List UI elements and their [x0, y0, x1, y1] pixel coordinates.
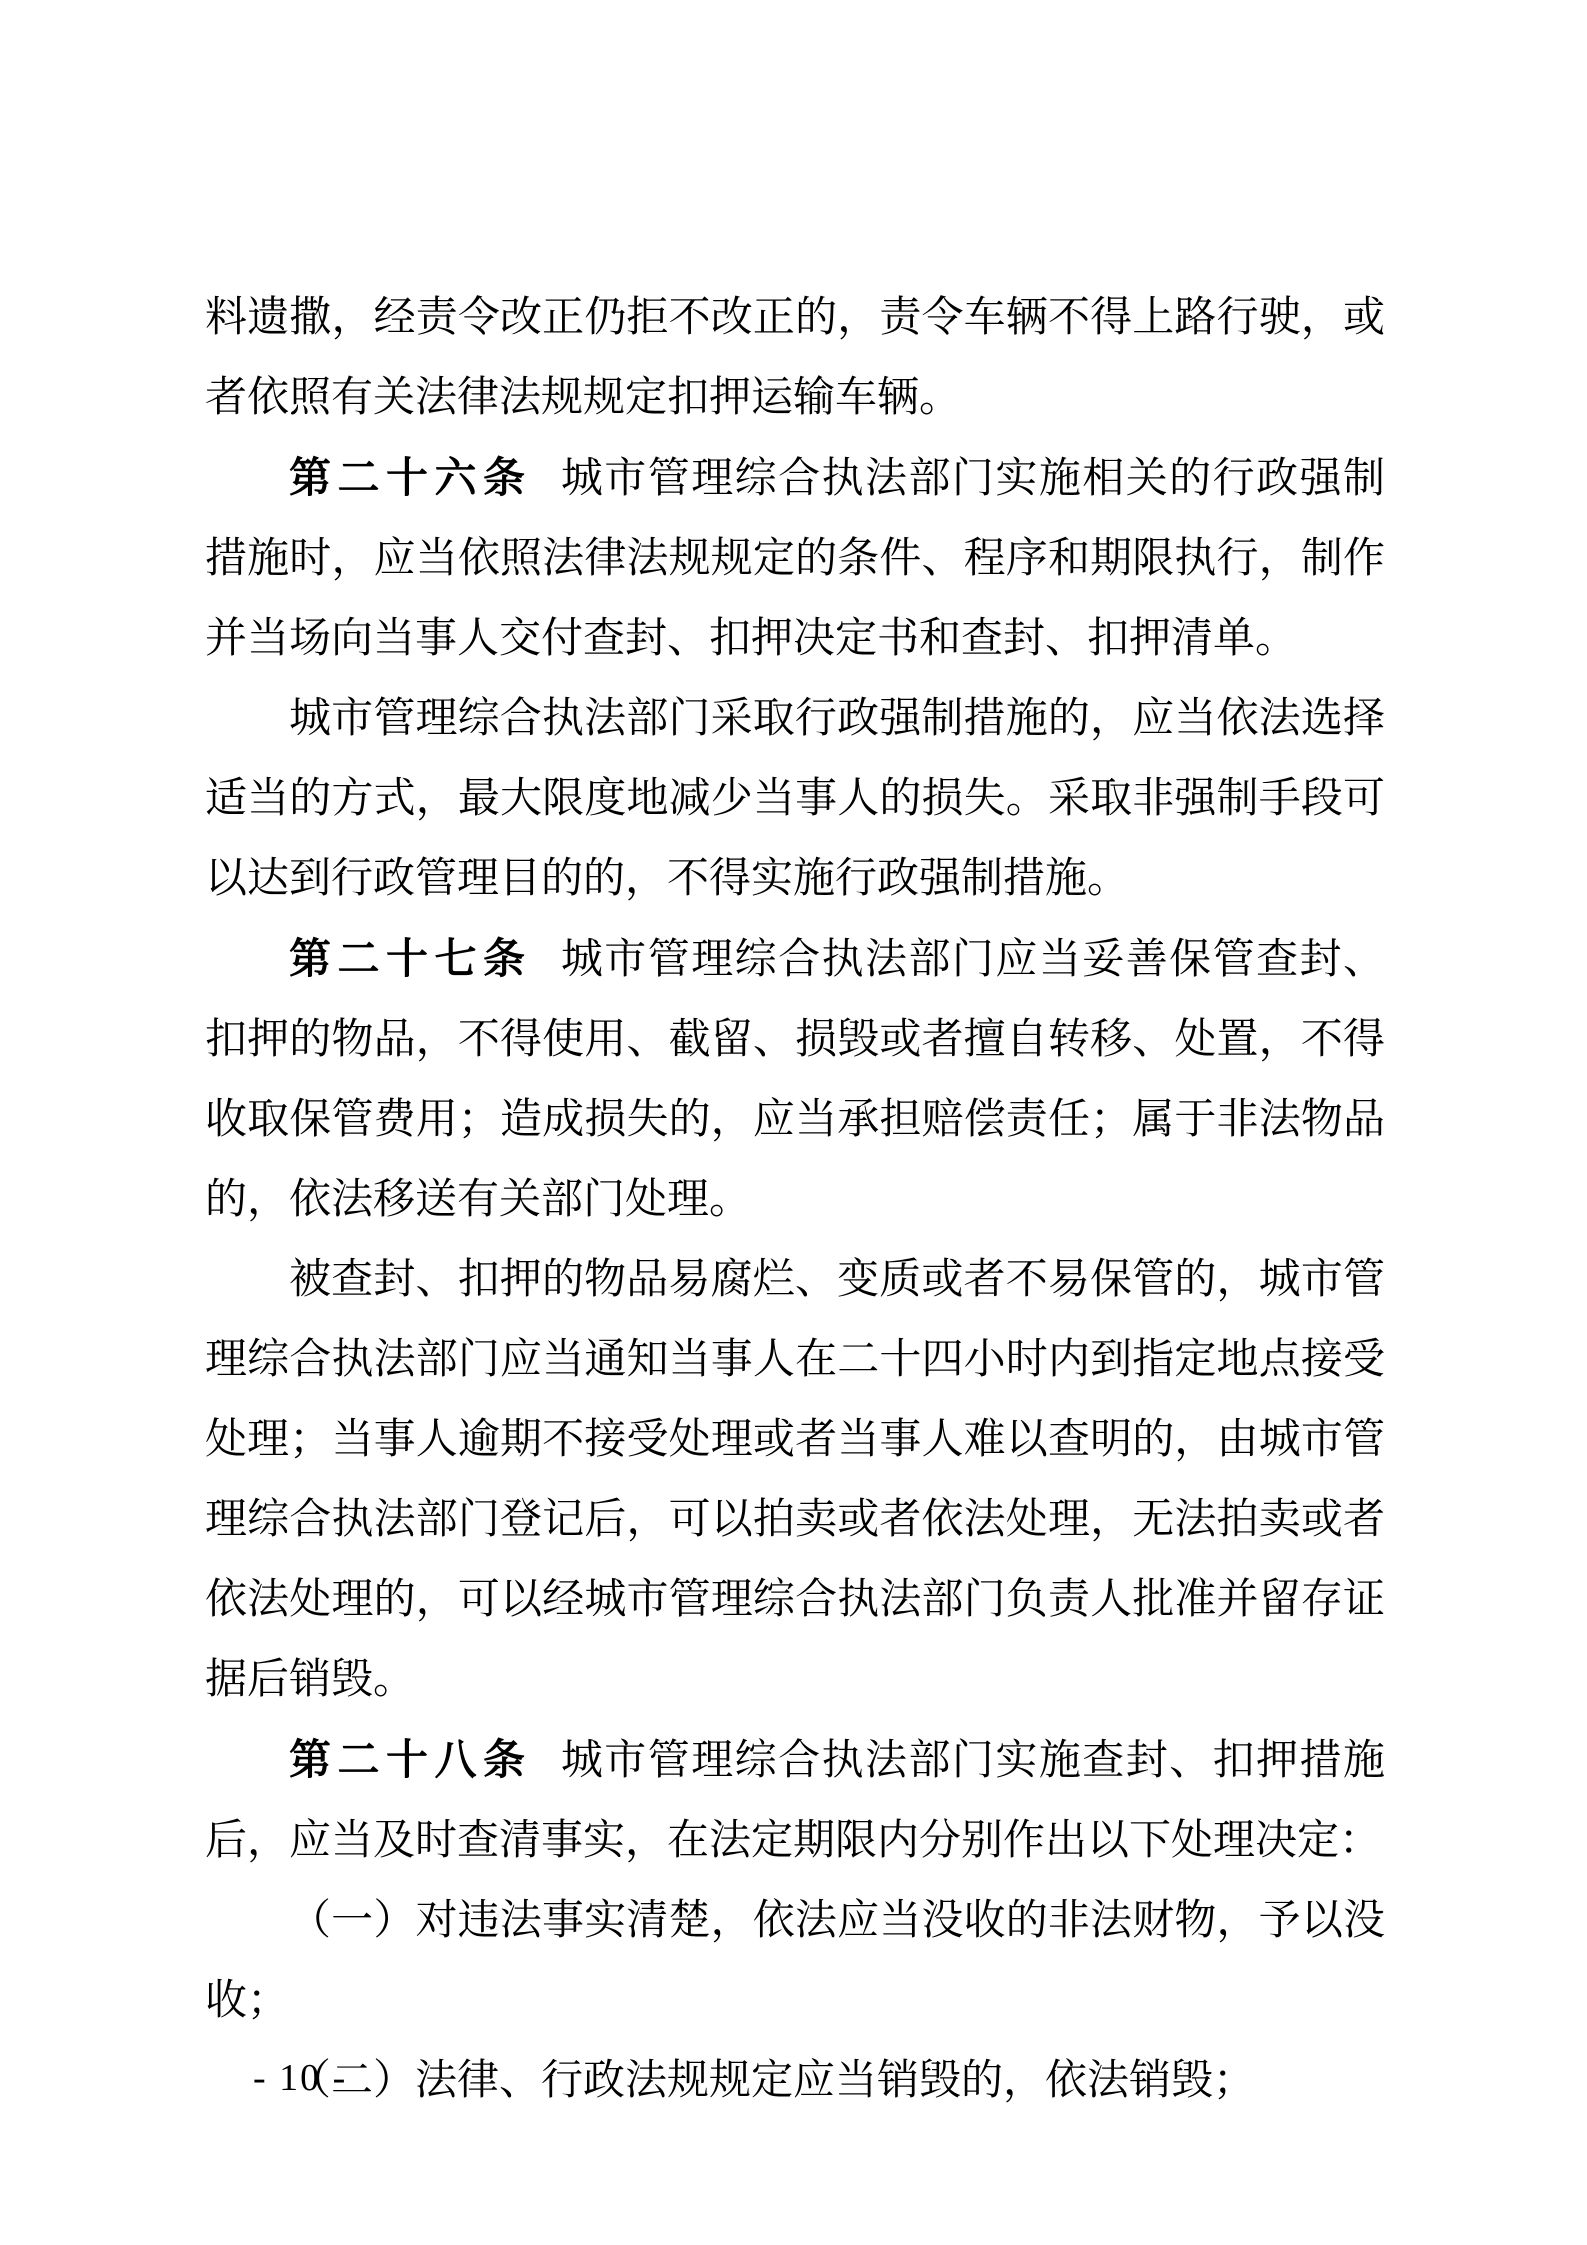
paragraph: 城市管理综合执法部门采取行政强制措施的，应当依法选择适当的方式，最大限度地减少当…	[205, 679, 1385, 919]
paragraph-text: 城市管理综合执法部门采取行政强制措施的，应当依法选择适当的方式，最大限度地减少当…	[205, 696, 1385, 902]
paragraph-list-item-1: （一）对违法事实清楚，依法应当没收的非法财物，予以没收；	[205, 1881, 1385, 2041]
document-body: 料遗撒，经责令改正仍拒不改正的，责令车辆不得上路行驶，或者依照有关法律法规规定扣…	[205, 278, 1385, 2121]
paragraph-article-26: 第二十六条城市管理综合执法部门实施相关的行政强制措施时，应当依照法律法规规定的条…	[205, 438, 1385, 679]
article-number-27: 第二十七条	[289, 935, 531, 982]
article-number-28: 第二十八条	[289, 1736, 531, 1783]
page-number: - 10 -	[253, 2056, 347, 2100]
document-page: 料遗撒，经责令改正仍拒不改正的，责令车辆不得上路行驶，或者依照有关法律法规规定扣…	[0, 0, 1587, 2245]
article-number-26: 第二十六条	[289, 454, 531, 501]
paragraph-article-27: 第二十七条城市管理综合执法部门应当妥善保管查封、扣押的物品，不得使用、截留、损毁…	[205, 919, 1385, 1240]
paragraph-text: （一）对违法事实清楚，依法应当没收的非法财物，予以没收；	[205, 1898, 1385, 2024]
paragraph-text: （二）法律、行政法规规定应当销毁的，依法销毁；	[289, 2058, 1255, 2104]
paragraph: 被查封、扣押的物品易腐烂、变质或者不易保管的，城市管理综合执法部门应当通知当事人…	[205, 1240, 1385, 1720]
paragraph-list-item-2: （二）法律、行政法规规定应当销毁的，依法销毁；	[205, 2041, 1385, 2121]
paragraph-text: 被查封、扣押的物品易腐烂、变质或者不易保管的，城市管理综合执法部门应当通知当事人…	[205, 1257, 1385, 1703]
paragraph-continuation: 料遗撒，经责令改正仍拒不改正的，责令车辆不得上路行驶，或者依照有关法律法规规定扣…	[205, 278, 1385, 438]
paragraph-text: 料遗撒，经责令改正仍拒不改正的，责令车辆不得上路行驶，或者依照有关法律法规规定扣…	[205, 295, 1385, 421]
paragraph-article-28: 第二十八条城市管理综合执法部门实施查封、扣押措施后，应当及时查清事实，在法定期限…	[205, 1720, 1385, 1881]
